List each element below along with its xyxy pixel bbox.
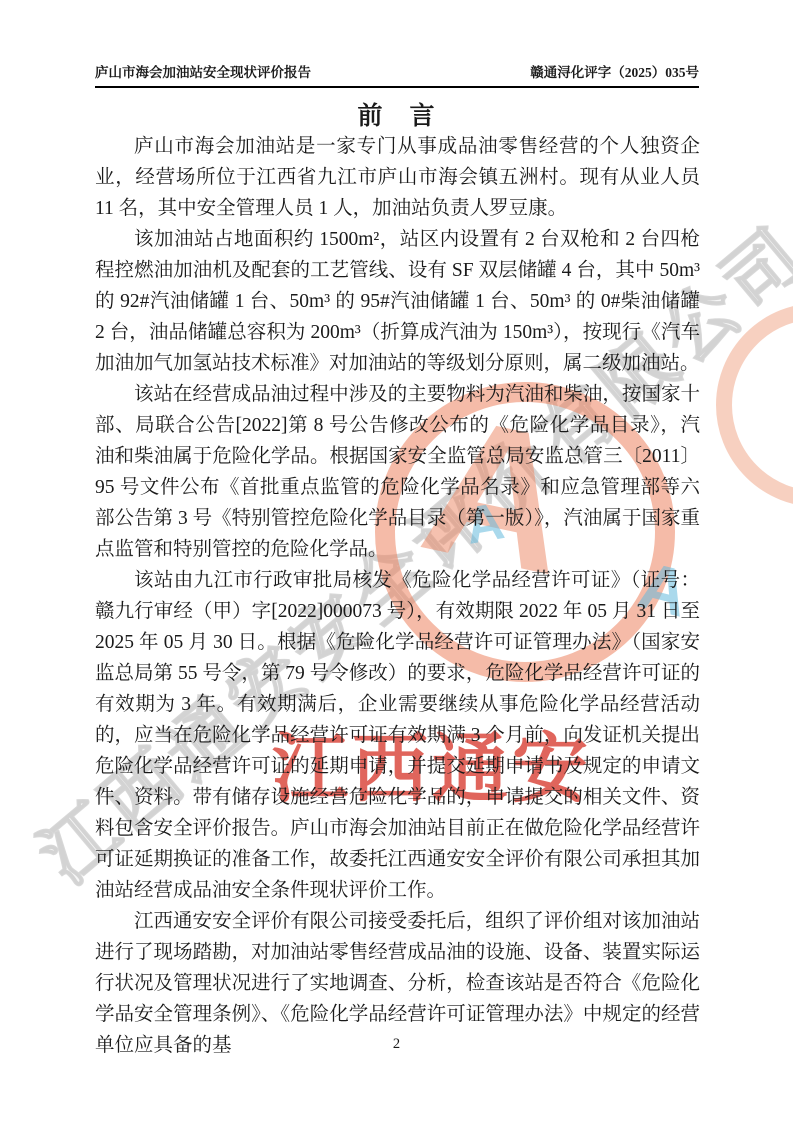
page-title: 前 言 — [0, 96, 793, 132]
page-content: 庐山市海会加油站安全现状评价报告 赣通浔化评字（2025）035号 前 言 庐山… — [0, 0, 793, 1122]
header-rule — [95, 86, 699, 88]
paragraph: 该站由九江市行政审批局核发《危险化学品经营许可证》（证号：赣九行审经（甲）字[2… — [95, 565, 700, 906]
paragraph: 庐山市海会加油站是一家专门从事成品油零售经营的个人独资企业，经营场所位于江西省九… — [95, 131, 700, 224]
paragraph: 该加油站占地面积约 1500m²，站区内设置有 2 台双枪和 2 台四枪程控燃油… — [95, 224, 700, 379]
header-document-number: 赣通浔化评字（2025）035号 — [530, 61, 699, 81]
paragraph: 该站在经营成品油过程中涉及的主要物料为汽油和柴油，按国家十部、局联合公告[202… — [95, 379, 700, 565]
header-report-title: 庐山市海会加油站安全现状评价报告 — [95, 61, 311, 81]
preface-body: 庐山市海会加油站是一家专门从事成品油零售经营的个人独资企业，经营场所位于江西省九… — [95, 131, 700, 1061]
page-header: 庐山市海会加油站安全现状评价报告 赣通浔化评字（2025）035号 — [95, 61, 699, 81]
page-number: 2 — [0, 1036, 793, 1053]
report-page: 江西通安安全评价有限公司 A A A 江西通安 庐山市海会加油站安全现状评价报告… — [0, 0, 793, 1122]
